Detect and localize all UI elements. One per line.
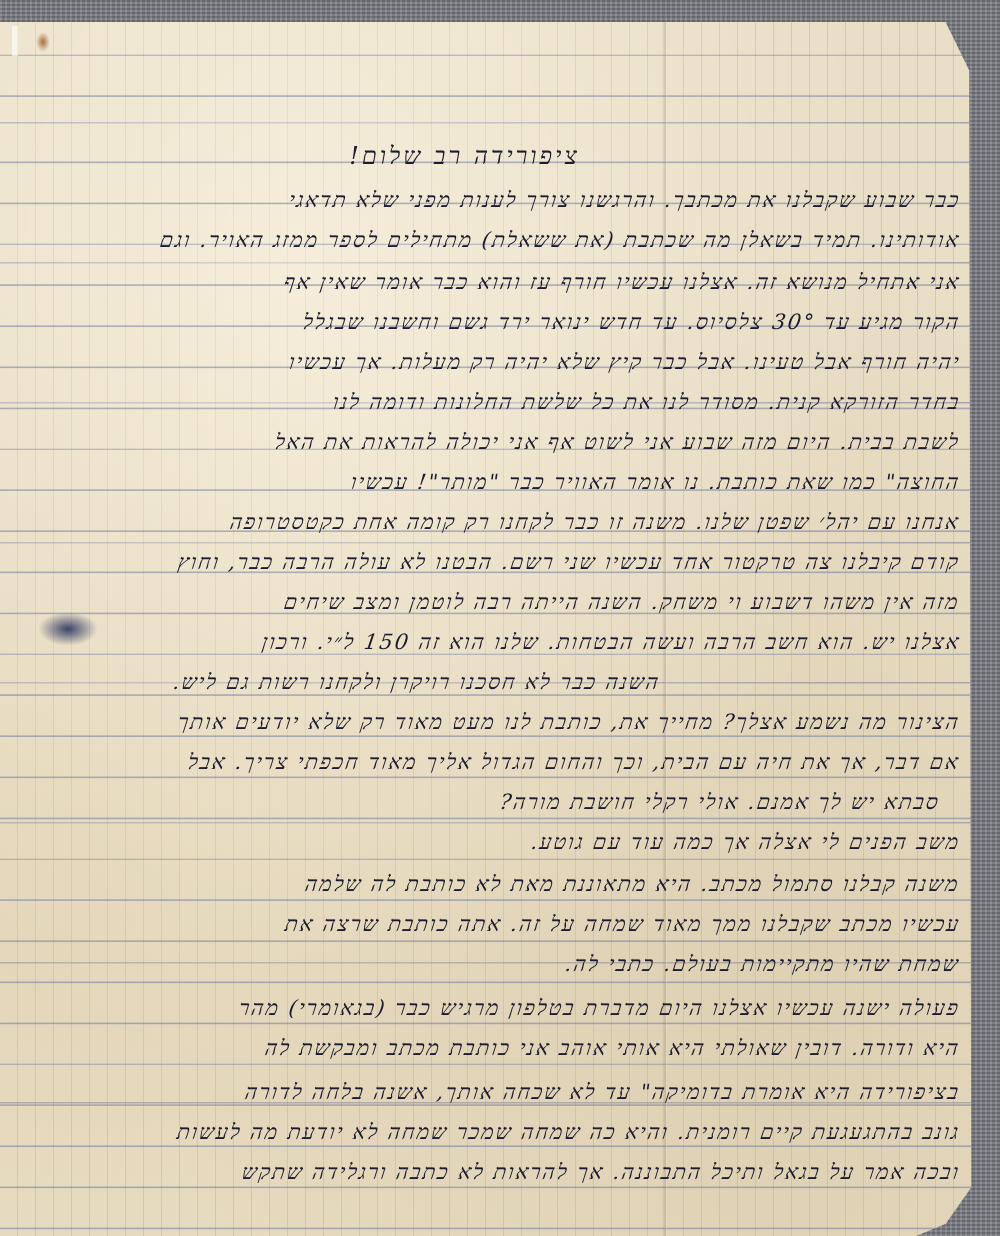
letter-line: בחדר הזורקא קנית. מסודר לנו את כל שלשת ה… xyxy=(331,390,962,415)
letter-line: אני אתחיל מנושא זה. אצלנו עכשיו חורף עז … xyxy=(282,270,962,295)
letter-line: עכשיו מכתב שקבלנו ממך מאוד שמחה על זה. א… xyxy=(283,912,962,937)
letter-line: אצלנו יש. הוא חשב הרבה ועשה הבטחות. שלנו… xyxy=(260,630,962,655)
letter-line: גונב בהתגעגעת קיים רומנית. והיא כה שמחה … xyxy=(175,1120,962,1145)
letter-line: סבתא יש לך אמנם. אולי רקלי חושבת מורה? xyxy=(498,790,941,815)
letter-greeting: ציפורידה רב שלום! xyxy=(349,142,580,171)
rust-stain xyxy=(36,32,50,52)
letter-line: היא ודורה. דובין שאולתי היא אותי אוהב אנ… xyxy=(263,1036,961,1061)
letter-line: לשבת בבית. היום מזה שבוע אני לשוט אף אני… xyxy=(273,430,961,455)
letter-line: פעולה ישנה עכשיו אצלנו היום מדברת בטלפון… xyxy=(237,996,961,1021)
letter-line: השנה כבר לא חסכנו רויקרן ולקחנו רשות גם … xyxy=(171,670,662,695)
letter-line: הקור מגיע עד 30° צלסיוס. עד חדש ינואר יר… xyxy=(301,310,962,335)
letter-line: אודותינו. תמיד בשאלן מה שכתבת (את ששאלת)… xyxy=(158,228,962,253)
ink-blot xyxy=(38,612,98,646)
letter-line: כבר שבוע שקבלנו את מכתבך. והרגשנו צורך ל… xyxy=(287,188,962,213)
letter-line: הצינור מה נשמע אצלך? מחייך את, כותבת לנו… xyxy=(176,710,962,735)
letter-line: שמחת שהיו מתקיימות בעולם. כתבי לה. xyxy=(564,952,962,977)
letter-line: משנה קבלנו סתמול מכתב. היא מתאוננת מאת ל… xyxy=(304,872,962,897)
letter-line: אם דבר, אך את חיה עם הבית, וכך והחום הגד… xyxy=(186,750,961,775)
letter-line: משב הפנים לי אצלה אך כמה עוד עם גוטע. xyxy=(529,830,962,855)
letter-line: אנחנו עם יהל׳ שפטן שלנו. משנה זו כבר לקח… xyxy=(228,510,961,535)
letter-line: יהיה חורף אבל טעינו. אבל כבר קיץ שלא יהי… xyxy=(287,350,962,375)
letter-line: מזה אין משהו דשבוע וי משחק. השנה הייתה ר… xyxy=(283,590,962,615)
letter-line: בציפורידה היא אומרת בדומיקה" עד לא שכחה … xyxy=(243,1080,961,1105)
paper-tear-mark xyxy=(12,26,18,56)
letter-line: קודם קיבלנו צה טרקטור אחד עכשיו שני רשם.… xyxy=(177,550,962,575)
letter-line: ובכה אמר על בגאל ותיכל התבוננה. אך להראו… xyxy=(240,1160,962,1185)
letter-line: החוצה" כמו שאת כותבת. נו אומר האוויר כבר… xyxy=(349,470,962,495)
